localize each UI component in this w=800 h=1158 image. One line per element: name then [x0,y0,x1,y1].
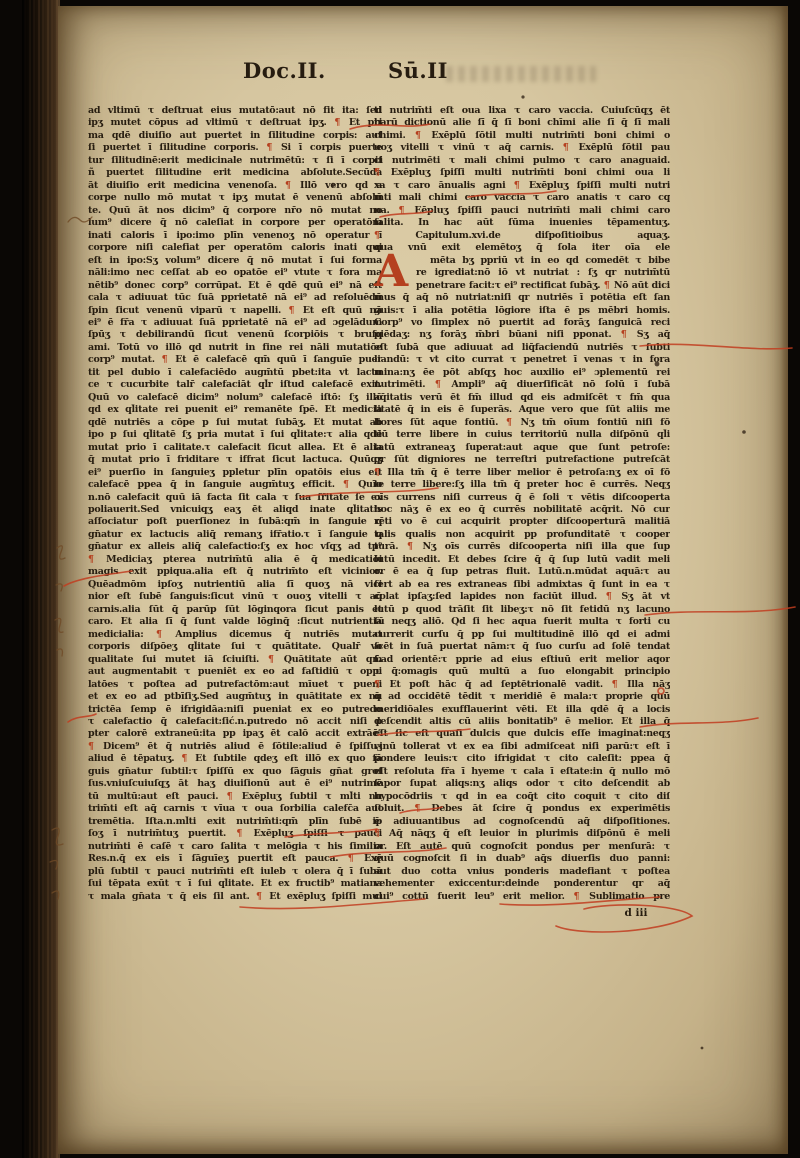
text-line: Quū vo calefacē dicim⁹ nolum⁹ calefacē i… [88,392,382,404]
pilcrow-mark: ¶ [334,117,341,128]
text-line: tit pel dubio ī calefaciēdo augm̄tū pbet… [88,367,382,379]
pilcrow-mark: ¶ [289,305,296,316]
running-title-right: Sū.II [388,58,448,83]
pilcrow-mark: ¶ [514,180,521,191]
text-line: ſalita. In hac aūt ſūma inuenies tēpamen… [374,217,670,229]
text-line: re igrediat:nō iō vt nutriat : ſʒ qr nut… [374,267,670,279]
text-line: ſoʒ ī nutrim̄tuʒ puertit. ¶ Exēpluʒ ſpiſ… [88,828,382,840]
running-header: Doc.II. Sū.II [58,58,788,88]
text-line: nior eſt ſubē ſanguis:ſicut vinū τ ouoʒ … [88,591,382,603]
text-line: rēti vo ē cui acquirit propter diſcooper… [374,516,670,528]
text-line: or. Eſt autē quū cognoſcit pondus per me… [374,841,670,853]
text-line: ſui tēpata exūt τ ī ſui ql̄itate. Et ex … [88,878,382,890]
text-line: pondere leuis:τ cito ifrigidat τ cito ca… [374,753,670,765]
text-line: magis exit ppiqua.alia eſt q̄ nutrim̄to … [88,566,382,578]
text-line: ¶ Illa tm̄ q̄ ē terre liber melior ē pet… [374,467,670,479]
text-line: τ q̄:omagis quū multū a ſuo elongabit pr… [374,666,670,678]
text-line: gn̄atur ex alleis aliq̄ calefactio:ſʒ ex… [88,541,382,553]
pilcrow-mark: ¶ [399,205,406,216]
text-line: ti nutrim̄ti eſt oua lixa τ caro vaccia.… [374,105,670,117]
scanned-book-page: Doc.II. Sū.II ad vltimū τ deſtruat eius … [0,0,800,1158]
text-line: Res.n.q̄ ex eis ī ſāguīeʒ puertit eſt pa… [88,853,382,865]
pilcrow-mark: ¶ [236,828,243,839]
text-line: ñ puertet ſilitudine erit medicina abſol… [88,167,382,179]
text-line: ſpin ſicut venenū viparū τ napelli. ¶ Et… [88,305,382,317]
text-line: na. ¶ Eēpluʒ ſpiſſi pauci nutrim̄ti mali… [374,205,670,217]
text-line: qr ſūt digniores ne terreſtri putrefacti… [374,454,670,466]
text-line: cala τ adiuuat tūc ſuā pprietatē nā ei⁹ … [88,292,382,304]
text-line: trictēa ſemp ē ifrigidāa:niſi pueniat ex… [88,704,382,716]
text-line: currerit curſu q̄ pp ſui multitudinē ill… [374,629,670,641]
text-line: ſū neqʒ aliō. Qd ſi hec aqua fuerit mult… [374,616,670,628]
pilcrow-mark: ¶ [348,853,355,864]
text-line: guis:τ ī alia potētia lōgiore iſta ē ps … [374,305,670,317]
text-line: ci nutrimēti τ mali chimi pulmo τ caro a… [374,155,670,167]
text-line: penetrare facit:τ ei⁹ rectificat ſubāʒ. … [374,280,670,292]
pilcrow-mark: ¶ [343,479,350,490]
text-line: ſoluit. ¶ Debes āt ſcire q̄ pondus ex ex… [374,803,670,815]
text-line: n.nō calefacit quū iā facta ſit cala τ ſ… [88,492,382,504]
text-line: nutrim̄ti ē caſē τ caro ſalita τ melōgia… [88,841,382,853]
text-line: eſt reſoluta fr̄a ī hyeme τ cala ī eſtat… [374,766,670,778]
text-line: guis gn̄atur ſubtil:τ ſpiſſū ex quo ſāgu… [88,766,382,778]
text-line: lutū p quod trāſit ſit libeʒ:τ nō ſit fe… [374,604,670,616]
pilcrow-mark: ¶ [374,828,381,839]
text-line: ei⁹ ē fr̄a τ adiuuat ſuā pprietatē nā ei… [88,317,382,329]
page-leaf: Doc.II. Sū.II ad vltimū τ deſtruat eius … [58,6,788,1154]
pilcrow-mark: ¶ [563,142,570,153]
pilcrow-mark: ¶ [374,167,381,178]
text-line: meridiōales exufflauerint vēti. Et illa … [374,704,670,716]
book-binding-edge [22,0,60,1158]
text-line: turā. ¶ Nʒ oīs currēs diſcooperta niſi i… [374,541,670,553]
text-line: mēta bʒ ppriū vt in eo qd comedēt τ bibe [374,255,670,267]
text-line: mina:nʒ ēe pōt abſqʒ hoc auxilio ei⁹ ɔpl… [374,367,670,379]
text-line: quū cognoſcit ſi in duab⁹ aq̄s diuerſis … [374,853,670,865]
text-line: ad vltimū τ deſtruat eius mutatō:aut nō … [88,105,382,117]
text-line: aſſociatur poſt puerſionez in ſubā:qm̄ i… [88,516,382,528]
text-line: ami. Totū vo illō qd nutrit in fine rei … [88,342,382,354]
pilcrow-mark: ¶ [266,142,273,153]
text-line: or ē ea q̄ ſup petras fluit. Lutū.n.mūda… [374,566,670,578]
text-line: Quēadmōm ipſoʒ nutrientiū alia ſī quoʒ n… [88,579,382,591]
text-line: litatē q̄ in eis ē ſuperās. Aque vero qu… [374,404,670,416]
pilcrow-mark: ¶ [162,354,169,365]
text-line: calefacē ppea q̄ in ſanguie augm̄tuʒ eff… [88,479,382,491]
text-line: te terre libere:ſʒ illa tm̄ q̄ preter ho… [374,479,670,491]
ink-showthrough [446,66,596,82]
text-line: mutat prio ī calitate.τ calefacit ſicut … [88,442,382,454]
pilcrow-mark: ¶ [181,753,188,764]
pilcrow-mark: ¶ [374,230,381,241]
pilcrow-mark: ¶ [415,130,422,141]
running-title-left: Doc.II. [243,58,326,83]
text-line: tremētia. Iſta.n.ml̄ti exit nutrim̄ti:qm… [88,816,382,828]
pilcrow-mark: ¶ [374,679,381,690]
chapter-initial-letter: A [374,252,418,296]
text-line: inati caloris ī ipo:imo plīn venenoʒ nō … [88,230,382,242]
text-line: corporis diſpōeʒ ql̄itate ſui τ quātitat… [88,641,382,653]
text-line: carnis.alia ſūt q̄ parūp ſūt lōginqora ſ… [88,604,382,616]
text-line: ē adiuuantibus ad cognoſcendū aq̄ diſpoſ… [374,816,670,828]
pilcrow-mark: ¶ [407,541,414,552]
text-line: ſcēt in ſuā puertat nām:τ q̄ ſuo curſu a… [374,641,670,653]
text-line: ¶ Et poſt hāc q̄ ad ſeptētrionalē vadit.… [374,679,670,691]
pilcrow-mark: ¶ [256,891,263,902]
text-line: pter calorē extraneū:ita pp ipaʒ ēt calō… [88,728,382,740]
text-line: ¶ Dicem⁹ ēt q̄ nutriēs aliud ē ſōtile:al… [88,741,382,753]
text-line: ſpūʒ τ debilirandū ſicut venenū ſcorpiōi… [88,329,382,341]
text-line: Corp⁹ vo ſimplex nō puertit ad forāʒ ſan… [374,317,670,329]
text-line: eſt ſic eſt quaſi dulcis que dulcis eſſe… [374,728,670,740]
pilcrow-mark: ¶ [604,280,611,291]
text-line: nutrimēti. ¶ Ampli⁹ aq̄ diuerſificāt nō … [374,379,670,391]
text-line: plū ſubtil τ pauci nutrim̄ti eſt iuleb τ… [88,866,382,878]
text-line: tū multū:aut eſt pauci. ¶ Exēpluʒ ſubtil… [88,791,382,803]
pilcrow-mark: ¶ [414,803,421,814]
text-line: chimi. ¶ Exēplū ſōtil multi nutrim̄ti bo… [374,130,670,142]
text-line: medicialia: ¶ Amplius dicemus q̄ nutriēs… [88,629,382,641]
pilcrow-mark: ¶ [506,417,513,428]
text-line: aliud ē tēpatuʒ. ¶ Et ſubtile qdeʒ eſt i… [88,753,382,765]
text-line: ipo p ſui ql̄itatē ſʒ pria mutat ī ſui q… [88,429,382,441]
text-line: ipʒ mutet cōpus ad vltimū τ deſtruat ipʒ… [88,117,382,129]
pilcrow-mark: ¶ [268,654,275,665]
text-line: te. Quū āt nos dicim⁹ q̄ corpore nr̄o nō… [88,205,382,217]
pilcrow-mark: ¶ [612,679,619,690]
pilcrow-mark: ¶ [574,891,581,902]
text-line: ¶ Exēpluʒ ſpiſſi multi nutrim̄ti boni ch… [374,167,670,179]
text-line: āt diuiſio erit medicina venenoſa. ¶ Ill… [88,180,382,192]
text-line: vinū tollerat vt ex ea ſibi admiſceat ni… [374,741,670,753]
text-line: ei⁹ puerſio in ſanguieʒ ppletur plīn opa… [88,467,382,479]
text-line: ſus.vniuſcuiuſqʒ āt haʒ diuiſionū aut ē … [88,778,382,790]
catchword-signature: d iii [581,907,691,919]
text-line: tatū extraneaʒ ſuperat:aut aque que ſunt… [374,442,670,454]
text-line: q̄ mutat prio ī friditare τ iffrat ſicut… [88,454,382,466]
text-line: qua vnū exit elemētoʒ q̄ ſola iter oīa e… [374,242,670,254]
pilcrow-mark: ¶ [285,180,292,191]
text-line: ma qdē diuiſio aut puertet in ſilitudine… [88,130,382,142]
text-line: τ calefactio q̄ calefacit:ſić.n.putredo … [88,716,382,728]
text-line: ¶ Capitulum.xvi.de diſpoſitioibus aquaʒ. [374,230,670,242]
text-line: ce τ cucurbite talr̄ calefaciāt ql̄r iſt… [88,379,382,391]
text-line: qualitate ſui mutet iā ſciuiſti. ¶ Quāti… [88,654,382,666]
text-line: latōes τ poſtea ad putrefactōm:aut mīuet… [88,679,382,691]
text-line: hypocōdriis τ qd in ea coq̄t cito coquit… [374,791,670,803]
pilcrow-mark: ¶ [374,467,381,478]
text-line: aut duo cotta vnius ponderis madefiant τ… [374,866,670,878]
pilcrow-mark: ¶ [227,791,234,802]
text-line: ſi puertet ī ſilitudine corporis. ¶ Si ī… [88,142,382,154]
text-line: corpe nullo mō mutat τ ipʒ mutat ē venen… [88,192,382,204]
text-line: τ mala gn̄ata τ q̄ eis ſil ant. ¶ Et exē… [88,891,382,903]
text-line: vehementer exiccentur:deinde ponderentur… [374,878,670,890]
text-line: barū dictionū alie ſī q̄ ſī boni chīmi a… [374,117,670,129]
text-line: corp⁹ mutat. ¶ Et ē calefacē qm̄ quū ī ſ… [88,354,382,366]
text-line: qdē nutriēs a cōpe p ſui mutat ſubāʒ. Et… [88,417,382,429]
text-column-right: ti nutrim̄ti eſt oua lixa τ caro vaccia.… [374,105,670,903]
text-line: aq̄itatis verū ēt fm̄ illud qd eis admiſ… [374,392,670,404]
text-line: caro. Et alia ſī q̄ ſunt valde lōginq̄ :… [88,616,382,628]
text-line: xa τ caro ānualis agni ¶ Exēpluʒ ſpiſſi … [374,180,670,192]
text-line: nētib⁹ donec corp⁹ corrūpat. Et ē qdē qu… [88,280,382,292]
text-line: eſt ſubā que adiuuat ad liq̄faciendū nut… [374,342,670,354]
text-line: et ex eo ad ptbīſiʒ.Sed augm̄tuʒ in quāt… [88,691,382,703]
text-line: trim̄ti eſt aq̄ carnis τ vīua τ oua ſorb… [88,803,382,815]
text-line: liores ſūt aque fontiū. ¶ Nʒ tm̄ oīum fo… [374,417,670,429]
text-line: talis qualis non acquirit pp profunditat… [374,529,670,541]
text-line: tur ſilitudinē:erit medicinale nutrimētū… [88,155,382,167]
text-line: uoʒ vitelli τ vinū τ aq̄ carnis. ¶ Exēpl… [374,142,670,154]
text-line: lum⁹ dicere q̄ nō caleſiat in corpore pe… [88,217,382,229]
text-line: eſt in ipo:Sʒ volum⁹ dicere q̄ nō mutat … [88,255,382,267]
pilcrow-mark: ¶ [88,741,95,752]
text-line: corpore niſi calefiat per operatōm calor… [88,242,382,254]
pilcrow-mark: ¶ [156,629,163,640]
pilcrow-mark: ¶ [621,329,628,340]
text-line: aut augmentabit τ pueniēt ex eo ad faſti… [88,666,382,678]
text-column-left: ad vltimū τ deſtruat eius mutatō:aut nō … [88,105,382,903]
text-line: lutū incedit. Et debes ſcire q̄ q̄ ſup l… [374,554,670,566]
text-line: ¶ Mediciaʒ pterea nutrim̄tū alia ē q̄ me… [88,554,382,566]
pilcrow-mark: ¶ [88,554,95,565]
text-line: deſcendit altis cū aliis bonitatib⁹ ē me… [374,716,670,728]
text-line: hoc nāʒ ē ex eo q̄ currēs nobilitatē acq… [374,504,670,516]
text-line: poliauerit.Sed vnicuiqʒ eaʒ ēt aliqd ina… [88,504,382,516]
text-line: gn̄atur ex lactucis aliq̄ remanʒ ifr̄ati… [88,529,382,541]
pilcrow-mark: ¶ [606,591,613,602]
text-line: ſapor ſupat aliqs:nʒ aliqs odor τ cito d… [374,778,670,790]
text-line: liandū: τ vt cito currat τ penetret ī ve… [374,354,670,366]
text-line: tiū terre libere in cuius territoriū nul… [374,429,670,441]
text-line: qd ex ql̄itate rei puenit ei⁹ remanēte ſ… [88,404,382,416]
text-line: piēdaʒ: nʒ forāʒ m̄bri būani niſi pponat… [374,329,670,341]
text-line: cui⁹ cottū fuerit leu⁹ erit melior. ¶ Su… [374,891,670,903]
text-line: q̄ ad occidētē tēdit τ meridiē ē mala:τ … [374,691,670,703]
text-line: ſ.ad orientē:τ pprie ad eius eſtiuū erit… [374,654,670,666]
text-line: fert ab ea res extraneas ſibi admixtas q… [374,579,670,591]
text-line: ¶ Aq̄ nāqʒ q̄ eſt leuior in plurimis diſ… [374,828,670,840]
text-line: mus q̄ aq̄ nō nutriat:niſi qr nutriēs ī … [374,292,670,304]
text-line: oīs currens niſi curreus q̄ ē ſoli τ vēt… [374,492,670,504]
text-line: nāli:imo nec ceſſat ab eo opatōe ei⁹ vtu… [88,267,382,279]
pilcrow-mark: ¶ [435,379,442,390]
text-line: m̄ti mali chimi caro vaccia τ caro anati… [374,192,670,204]
text-line: colat ipſaʒ:ſed lapides non faciūt illud… [374,591,670,603]
